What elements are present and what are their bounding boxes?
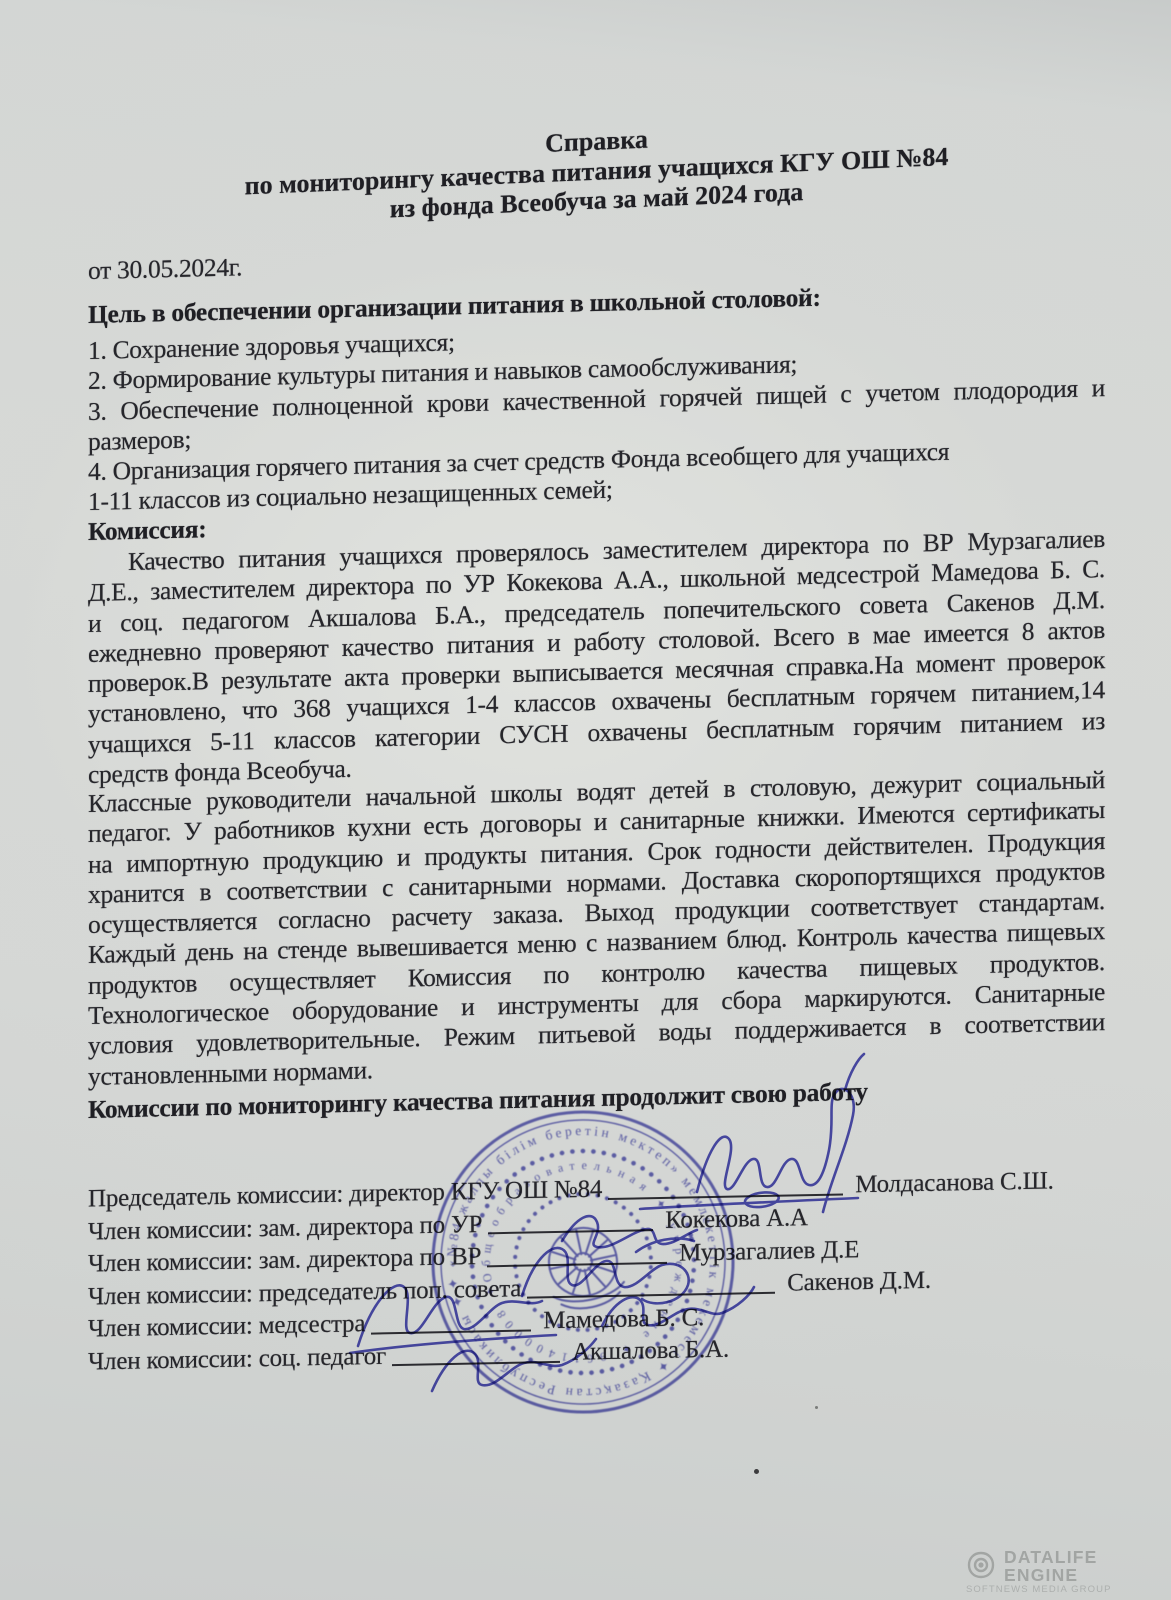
signature-label: Член комиссии: зам. директора по УР	[88, 1211, 482, 1246]
canteen-paragraph: Классные руководители начальной школы во…	[88, 765, 1105, 1092]
signature-label: Член комиссии: зам. директора по ВР	[88, 1243, 481, 1278]
goal-list: 1. Сохранение здоровья учащихся; 2. Форм…	[88, 312, 1105, 518]
date-line: от 30.05.2024г.	[88, 232, 1105, 286]
commission-paragraph: Качество питания учащихся проверялось за…	[88, 524, 1105, 790]
signature-block: Председатель комиссии: директор КГУ ОШ №…	[88, 1165, 1105, 1380]
watermark-title: DATALIFE ENGINE	[966, 1548, 1166, 1584]
signature-line	[392, 1339, 560, 1367]
signature-label: Член комиссии: медсестра	[88, 1311, 365, 1343]
signature-label: Член комиссии: соц. педагог	[88, 1343, 386, 1376]
signature-line	[608, 1170, 843, 1199]
signature-name: Акшалова Б.А.	[572, 1336, 729, 1366]
signature-name: Мамедова Б. С.	[543, 1304, 704, 1334]
signature-name: Сакенов Д.М.	[787, 1267, 931, 1297]
signature-line	[487, 1239, 667, 1267]
photographed-document: { "document": { "title_lines": [ "Справк…	[0, 0, 1171, 1600]
signature-name: Молдасанова С.Ш.	[855, 1167, 1053, 1198]
watermark: DATALIFE ENGINE SOFTNEWS MEDIA GROUP	[966, 1548, 1166, 1595]
paper-speck	[754, 1469, 759, 1474]
signature-label: Председатель комиссии: директор КГУ ОШ №…	[88, 1176, 602, 1213]
document-title: Справка по мониторингу качества питания …	[88, 105, 1105, 236]
signature-name: Кокекова А.А	[665, 1204, 808, 1234]
paper-speck	[815, 1406, 818, 1409]
watermark-subtitle: SOFTNEWS MEDIA GROUP	[966, 1584, 1166, 1595]
signature-line	[527, 1270, 775, 1299]
signature-line	[488, 1207, 653, 1235]
signature-name: Мурзагалиев Д.Е	[679, 1236, 859, 1266]
signature-line	[371, 1307, 531, 1335]
datalife-engine-logo-icon	[966, 1550, 996, 1580]
